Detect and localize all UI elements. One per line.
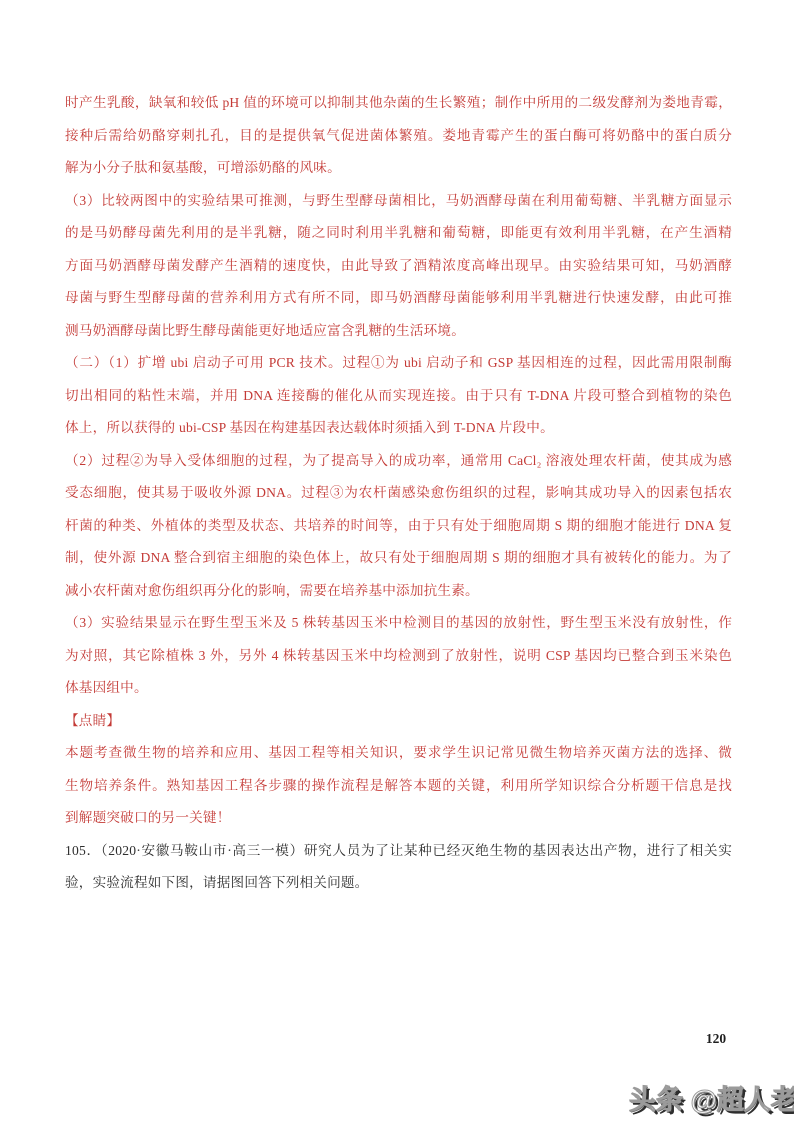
text-line: 时产生乳酸，缺氧和较低 pH 值的环境可以抑制其他杂菌的生长繁殖；制作中所用的二… bbox=[65, 87, 732, 120]
paragraph: （3）实验结果显示在野生型玉米及 5 株转基因玉米中检测目的基因的放射性，野生型… bbox=[65, 607, 732, 705]
text-line: 本题考查微生物的培养和应用、基因工程等相关知识，要求学生识记常见微生物培养灭菌方… bbox=[65, 737, 732, 770]
paragraph: （二）（1）扩增 ubi 启动子可用 PCR 技术。过程①为 ubi 启动子和 … bbox=[65, 347, 732, 445]
document-text-block: 时产生乳酸，缺氧和较低 pH 值的环境可以抑制其他杂菌的生长繁殖；制作中所用的二… bbox=[65, 87, 732, 900]
paragraph: 时产生乳酸，缺氧和较低 pH 值的环境可以抑制其他杂菌的生长繁殖；制作中所用的二… bbox=[65, 87, 732, 185]
paragraph: 105．（2020·安徽马鞍山市·高三一模）研究人员为了让某种已经灭绝生物的基因… bbox=[65, 835, 732, 900]
text-line: 母菌与野生型酵母菌的营养利用方式有所不同，即马奶酒酵母菌能够利用半乳糖进行快速发… bbox=[65, 282, 732, 315]
paragraph: 本题考查微生物的培养和应用、基因工程等相关知识，要求学生识记常见微生物培养灭菌方… bbox=[65, 737, 732, 835]
paragraph: （3）比较两图中的实验结果可推测，与野生型酵母菌相比，马奶酒酵母菌在利用葡萄糖、… bbox=[65, 185, 732, 348]
document-page: 时产生乳酸，缺氧和较低 pH 值的环境可以抑制其他杂菌的生长繁殖；制作中所用的二… bbox=[0, 0, 794, 1123]
text-line: 为对照，其它除植株 3 外，另外 4 株转基因玉米中均检测到了放射性，说明 CS… bbox=[65, 640, 732, 673]
text-line: 方面马奶酒酵母菌发酵产生酒精的速度快，由此导致了酒精浓度高峰出现早。由实验结果可… bbox=[65, 250, 732, 283]
text-line: 减小农杆菌对愈伤组织再分化的影响，需要在培养基中添加抗生素。 bbox=[65, 575, 732, 608]
paragraph: （2）过程②为导入受体细胞的过程，为了提高导入的成功率，通常用 CaCl₂ 溶液… bbox=[65, 445, 732, 608]
text-line: 的是马奶酵母菌先利用的是半乳糖，随之同时利用半乳糖和葡萄糖，即能更有效利用半乳糖… bbox=[65, 217, 732, 250]
text-line: （二）（1）扩增 ubi 启动子可用 PCR 技术。过程①为 ubi 启动子和 … bbox=[65, 347, 732, 380]
text-line: 105．（2020·安徽马鞍山市·高三一模）研究人员为了让某种已经灭绝生物的基因… bbox=[65, 835, 732, 868]
text-line: 制，使外源 DNA 整合到宿主细胞的染色体上，故只有处于细胞周期 S 期的细胞才… bbox=[65, 542, 732, 575]
text-line: 体基因组中。 bbox=[65, 672, 732, 705]
text-line: 受态细胞，使其易于吸收外源 DNA。过程③为农杆菌感染愈伤组织的过程，影响其成功… bbox=[65, 477, 732, 510]
text-line: （3）比较两图中的实验结果可推测，与野生型酵母菌相比，马奶酒酵母菌在利用葡萄糖、… bbox=[65, 185, 732, 218]
text-line: 体上，所以获得的 ubi-CSP 基因在构建基因表达载体时须插入到 T-DNA … bbox=[65, 412, 732, 445]
watermark: 头条 @超人老师 bbox=[629, 1078, 794, 1117]
text-line: （3）实验结果显示在野生型玉米及 5 株转基因玉米中检测目的基因的放射性，野生型… bbox=[65, 607, 732, 640]
text-line: （2）过程②为导入受体细胞的过程，为了提高导入的成功率，通常用 CaCl₂ 溶液… bbox=[65, 445, 732, 478]
text-line: 验，实验流程如下图，请据图回答下列相关问题。 bbox=[65, 867, 732, 900]
text-line: 生物培养条件。熟知基因工程各步骤的操作流程是解答本题的关键，利用所学知识综合分析… bbox=[65, 770, 732, 803]
paragraph: 【点睛】 bbox=[65, 705, 732, 738]
text-line: 杆菌的种类、外植体的类型及状态、共培养的时间等，由于只有处于细胞周期 S 期的细… bbox=[65, 510, 732, 543]
text-line: 切出相同的粘性末端，并用 DNA 连接酶的催化从而实现连接。由于只有 T-DNA… bbox=[65, 380, 732, 413]
text-line: 到解题突破口的另一关键！ bbox=[65, 802, 732, 835]
text-line: 【点睛】 bbox=[65, 705, 732, 738]
page-number: 120 bbox=[700, 1031, 732, 1047]
text-line: 测马奶酒酵母菌比野生酵母菌能更好地适应富含乳糖的生活环境。 bbox=[65, 315, 732, 348]
text-line: 解为小分子肽和氨基酸，可增添奶酪的风味。 bbox=[65, 152, 732, 185]
text-line: 接种后需给奶酪穿刺扎孔，目的是提供氧气促进菌体繁殖。娄地青霉产生的蛋白酶可将奶酪… bbox=[65, 120, 732, 153]
